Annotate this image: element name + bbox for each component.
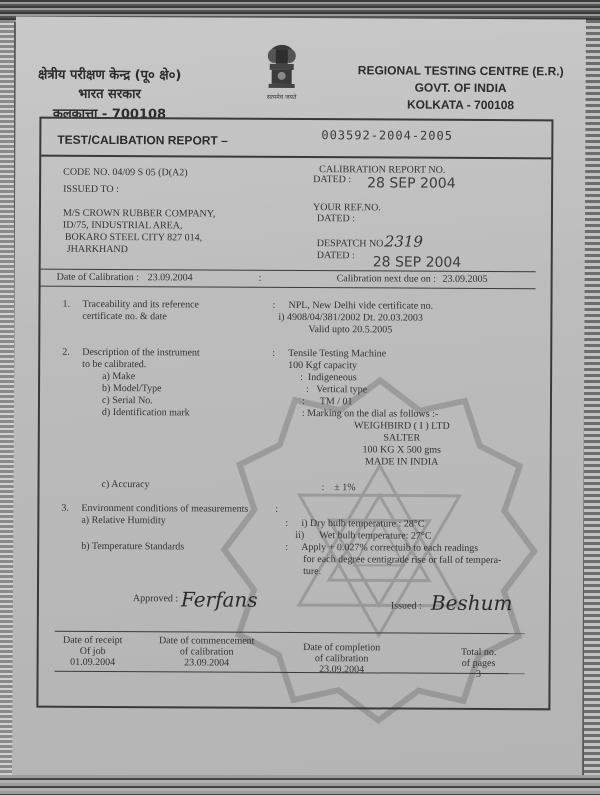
label-line: Traceability and its reference xyxy=(82,299,199,312)
calibration-date-stamp: 28 SEP 2004 xyxy=(367,175,456,191)
dial-marking-line: MADE IN INDIA xyxy=(302,456,502,469)
address-line: BOKARO STEEL CITY 827 014, xyxy=(63,232,215,245)
header-hindi: क्षेत्रीय परीक्षण केन्द्र (पू० क्षे०) भा… xyxy=(29,65,189,123)
footer-label: Of job xyxy=(53,646,133,657)
value-line: i) 4908/04/381/2002 Dt. 20.03.2003 xyxy=(278,312,433,325)
section-1-label: Traceability and its reference certifica… xyxy=(82,299,199,324)
footer-label: Total no. xyxy=(439,647,519,658)
instrument-capacity: 100 Kgf capacity xyxy=(288,360,502,373)
lion-capital-icon xyxy=(264,44,300,92)
temperature-standards-value: Apply + 0.027% correctuib to each readin… xyxy=(301,542,501,579)
calibration-dated-label: DATED : xyxy=(313,174,351,186)
label-line: to be calibrated. xyxy=(82,359,200,372)
colon-separator: : xyxy=(285,518,288,530)
section-1-value: NPL, New Delhi vide certificate no. i) 4… xyxy=(288,300,433,337)
footer-label: Date of receipt xyxy=(53,635,133,646)
value-line: NPL, New Delhi vide certificate no. xyxy=(288,300,433,313)
section-2-value: Tensile Testing Machine 100 Kgf capacity… xyxy=(288,348,503,469)
next-due-label: Calibration next due on : xyxy=(337,273,436,285)
next-due-value: 23.09.2005 xyxy=(439,274,488,285)
footer-completion: Date of completion of calibration 23.09.… xyxy=(287,642,397,676)
date-of-calibration: Date of Calibration : 23.09.2004 xyxy=(57,272,193,285)
accuracy-label: c) Accuracy xyxy=(102,479,150,491)
section-2-label: Description of the instrument to be cali… xyxy=(82,347,200,420)
temperature-standards-label: b) Temperature Standards xyxy=(81,541,184,554)
colon-separator: : xyxy=(272,348,275,360)
code-number: CODE NO. 04/09 S 05 (D(A2) xyxy=(63,167,188,180)
certificate-page: क्षेत्रीय परीक्षण केन्द्र (पू० क्षे०) भा… xyxy=(12,17,586,780)
approved-label: Approved : xyxy=(133,593,178,605)
colon-separator: : xyxy=(322,482,335,493)
section-1-number: 1. xyxy=(62,299,70,311)
section-2-number: 2. xyxy=(62,347,70,359)
footer-commencement: Date of commencement of calibration 23.0… xyxy=(147,635,267,669)
divider xyxy=(41,286,536,290)
section-3-label: Environment conditions of measurements xyxy=(81,503,248,516)
date-of-calibration-label: Date of Calibration : xyxy=(57,272,140,283)
paper-stack-right xyxy=(584,20,600,780)
report-frame: TEST/CALIBATION REPORT – 003592-2004-200… xyxy=(36,117,553,711)
despatch-no-label: DESPATCH NO. xyxy=(317,238,386,250)
instrument-name: Tensile Testing Machine xyxy=(288,348,502,361)
issued-label: Issued : xyxy=(391,600,422,612)
your-ref-dated-label: DATED : xyxy=(317,213,355,225)
footer-pages: Total no. of pages 3 xyxy=(439,647,519,680)
footer-label: Date of commencement xyxy=(147,635,267,647)
footer-label: Date of completion xyxy=(287,642,397,654)
wet-bulb-value: Wet bulb temperature: 27°C xyxy=(319,530,431,543)
identification-value: Marking on the dial as follows :- xyxy=(307,408,438,420)
section-3-number: 3. xyxy=(61,503,69,515)
value-line: Valid upto 20.5.2005 xyxy=(308,324,433,337)
temp-line: Apply + 0.027% correctuib to each readin… xyxy=(301,542,501,555)
make-value: Indigeneous xyxy=(308,372,357,383)
footer-receipt: Date of receipt Of job 01.09.2004 xyxy=(53,635,133,668)
english-line-3: KOLKATA - 700108 xyxy=(355,96,565,114)
despatch-no-value: 2319 xyxy=(385,232,423,250)
label-line: certificate no. & date xyxy=(82,311,199,324)
english-line-2: GOVT. OF INDIA xyxy=(356,79,566,97)
colon-separator: : xyxy=(285,542,288,554)
accuracy-number: ± 1% xyxy=(334,482,355,493)
footer-label: of calibration xyxy=(147,646,267,658)
despatch-dated-label: DATED : xyxy=(317,250,355,262)
report-title-bar: TEST/CALIBATION REPORT – 003592-2004-200… xyxy=(41,119,551,160)
footer-value: 23.09.2004 xyxy=(287,664,397,676)
address-line: ID/75, INDUSTRIAL AREA, xyxy=(63,220,215,233)
header-english: REGIONAL TESTING CENTRE (E.R.) GOVT. OF … xyxy=(355,62,565,114)
temp-line: for each degree centigrade rise or fall … xyxy=(301,554,501,567)
despatch-date-stamp: 28 SEP 2004 xyxy=(373,254,462,270)
colon-separator: : xyxy=(302,396,320,407)
colon-separator: : xyxy=(300,372,308,383)
address-line: M/S CROWN RUBBER COMPANY, xyxy=(63,208,215,221)
recipient-address: M/S CROWN RUBBER COMPANY, ID/75, INDUSTR… xyxy=(63,208,216,257)
emblem-motto: सत्यमेव जयते xyxy=(260,93,304,101)
temp-line: ture. xyxy=(301,566,501,579)
accuracy-value: : ± 1% xyxy=(321,482,355,494)
dial-marking: WEIGHBIRD ( I ) LTD SALTER 100 KG X 500 … xyxy=(288,420,502,469)
humidity-label: a) Relative Humidity xyxy=(81,515,165,527)
make-label: a) Make xyxy=(82,371,200,384)
identification-label: d) Identification mark xyxy=(82,407,200,420)
date-of-calibration-value: 23.09.2004 xyxy=(142,272,193,283)
serial-value: TM / 01 xyxy=(320,396,353,407)
national-emblem: सत्यमेव जयते xyxy=(260,44,304,106)
hindi-line-2: भारत सरकार xyxy=(30,84,190,103)
colon-separator: : xyxy=(259,273,262,285)
dial-marking-line: 100 KG X 500 gms xyxy=(302,444,502,457)
wet-bulb-number: ii) xyxy=(295,530,304,542)
english-line-1: REGIONAL TESTING CENTRE (E.R.) xyxy=(356,62,566,80)
next-due: Calibration next due on : 23.09.2005 xyxy=(337,273,488,286)
colon-separator: : xyxy=(306,384,316,395)
footer-value: 23.09.2004 xyxy=(147,657,267,669)
model-value: Vertical type xyxy=(316,384,367,395)
colon-separator: : xyxy=(275,504,278,516)
divider xyxy=(55,631,525,634)
paper-stack-bottom xyxy=(0,775,600,795)
approved-signature: Ferfans xyxy=(181,587,258,611)
issued-signature: Beshum xyxy=(431,591,513,615)
dial-marking-line: SALTER xyxy=(302,432,502,445)
label-line: Description of the instrument xyxy=(82,347,200,360)
model-label: b) Model/Type xyxy=(82,383,200,396)
address-line: JHARKHAND xyxy=(63,244,215,257)
dry-bulb-value: i) Dry bulb temperature : 28°C xyxy=(301,518,424,531)
footer-label: of pages xyxy=(439,658,519,669)
issued-to-label: ISSUED TO : xyxy=(63,184,119,196)
footer-value: 3 xyxy=(439,669,519,680)
footer-value: 01.09.2004 xyxy=(53,657,133,668)
colon-separator: : xyxy=(272,300,275,312)
hindi-line-1: क्षेत्रीय परीक्षण केन्द्र (पू० क्षे०) xyxy=(30,65,190,84)
footer-label: of calibration xyxy=(287,653,397,665)
serial-label: c) Serial No. xyxy=(82,395,200,408)
report-serial-number: 003592-2004-2005 xyxy=(321,128,453,143)
dial-marking-line: WEIGHBIRD ( I ) LTD xyxy=(302,420,502,433)
report-title: TEST/CALIBATION REPORT – xyxy=(57,133,228,148)
